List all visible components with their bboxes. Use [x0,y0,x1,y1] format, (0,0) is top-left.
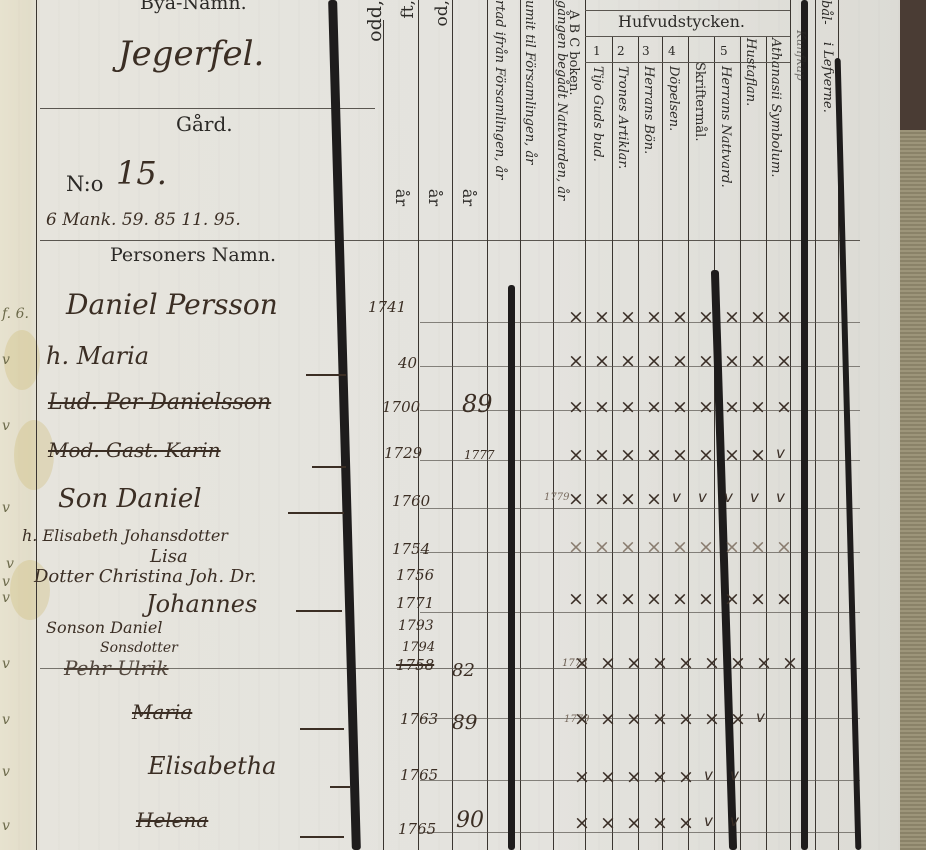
person-name: Maria [132,700,192,724]
rule [40,108,375,109]
moved-out-year: 90 [456,808,484,833]
catechism-mark: × [646,588,662,610]
catechism-mark: × [594,488,610,510]
catechism-mark: × [750,306,766,328]
catechism-mark: × [568,588,584,610]
margin-mark: v [2,764,10,780]
birth-year: 1771 [396,594,434,612]
person-name: Sonson Daniel [46,618,163,637]
birth-year: 1765 [398,820,436,838]
section-number: 5 [720,44,728,58]
catechism-mark: × [698,536,714,558]
row-rule [420,552,860,553]
catechism-mark: × [704,708,720,730]
catechism-mark: v [730,812,739,830]
catechism-mark: × [574,766,590,788]
person-name: Mod. Gast. Karin [48,438,221,462]
person-name: Johannes [146,590,257,618]
farm-label: Gård. [176,112,233,136]
catechism-mark: v [756,708,765,726]
catechism-mark: × [568,396,584,418]
catechism-mark: × [776,588,792,610]
birth-year: 1754 [392,540,430,558]
conduct-header: i Lefverne. [820,42,835,113]
catechism-mark: × [568,306,584,328]
catechism-mark: × [698,444,714,466]
catechism-mark: × [652,812,668,834]
catechism-mark: × [672,536,688,558]
catechism-mark: × [698,588,714,610]
sub-column-header: Herrans Nattvard. [718,66,733,188]
mantal-note: 6 Mank. 59. 85 11. 95. [46,210,241,230]
ink-divider-line [328,0,361,850]
person-name: h. Elisabeth Johansdotter [22,526,228,545]
abc-book-header: A B C boken. [566,10,581,96]
person-name: Dotter Christina Joh. Dr. [34,566,257,587]
catechism-mark: × [594,396,610,418]
sub-column-header: Herrans Bön. [641,66,656,154]
year-unit: år [425,189,444,206]
rule [585,10,790,11]
village-label: Bya-Namn. [140,0,247,14]
birth-year: 1758 [396,656,434,674]
person-name: Elisabetha [148,752,276,780]
person-name: Lud. Per Danielsson [48,390,271,415]
catechism-mark: × [568,488,584,510]
margin-mark: v [2,656,10,672]
filler-dash [312,466,346,468]
margin-mark: v [2,418,10,434]
catechism-mark: × [724,588,740,610]
margin-mark: v [2,590,10,606]
catechism-mark: × [594,444,610,466]
knowledge-header: Kunfkap [794,30,808,81]
birth-year: 40 [398,354,417,372]
catechism-mark: × [652,708,668,730]
binding-cover-edge [900,0,926,130]
catechism-mark: × [574,812,590,834]
person-name: Lisa [150,546,188,567]
sub-column-header: Athanasii Symbolum. [768,38,783,177]
catechism-mark: × [646,488,662,510]
village-value: Jegerfel. [118,34,264,74]
catechism-mark: × [750,588,766,610]
catechism-mark: × [646,444,662,466]
catechism-mark: × [730,652,746,674]
catechism-mark: × [620,306,636,328]
birth-year: 1756 [396,566,434,584]
row-rule [420,322,860,323]
col-rule [815,0,816,850]
catechism-mark: × [724,306,740,328]
birth-year: 1793 [398,618,434,634]
catechism-mark: × [646,306,662,328]
catechism-mark: × [568,350,584,372]
section-number: 4 [668,44,676,58]
person-name: Sonsdotter [100,640,178,656]
catechism-mark: × [600,812,616,834]
moved-out-year: 89 [462,390,493,418]
catechism-mark: × [776,396,792,418]
catechism-mark: × [594,588,610,610]
birth-year: 1763 [400,710,438,728]
birth-year: 1760 [392,492,430,510]
catechism-mark: × [672,588,688,610]
catechism-mark: × [756,652,772,674]
column-header: ft, [398,0,418,19]
catechism-mark: × [698,396,714,418]
hufvudstycken-header: Hufvudstycken. [618,12,745,31]
catechism-mark: × [646,536,662,558]
birth-year: 1794 [402,640,435,655]
catechism-mark: × [652,766,668,788]
row-rule [420,612,860,613]
catechism-mark: × [620,588,636,610]
catechism-mark: × [724,350,740,372]
rule [585,62,790,63]
person-name: Daniel Persson [66,288,278,321]
catechism-mark: × [678,708,694,730]
catechism-mark: × [620,444,636,466]
catechism-mark: × [626,812,642,834]
catechism-mark: × [724,536,740,558]
catechism-mark: × [724,444,740,466]
catechism-mark: × [698,350,714,372]
catechism-mark: × [782,652,798,674]
catechism-mark: v [776,444,785,462]
margin-mark: v [2,352,10,368]
sub-column-header: Döpelsen. [666,66,681,131]
moved-in-header: umit til Församlingen, år [522,0,537,164]
catechism-mark: v [724,488,733,506]
number-label: N:o [66,172,103,196]
person-name: Helena [136,808,208,832]
catechism-mark: v [672,488,681,506]
birth-year: 1765 [400,766,438,784]
register-page: Bya-Namn. Jegerfel. Gård. N:o 15. 6 Mank… [0,0,905,850]
filler-dash [300,728,344,730]
column-header: bål- [818,0,833,25]
col-rule [520,0,521,850]
filler-dash [300,836,344,838]
catechism-mark: × [626,766,642,788]
birth-year: 1741 [368,298,406,316]
catechism-mark: × [776,536,792,558]
moved-out-header: rtad ifrån Församlingen, år [492,0,507,180]
section-number: 3 [642,44,650,58]
catechism-mark: × [568,536,584,558]
sub-column-header: Tijo Guds bud. [590,66,605,162]
catechism-mark: × [672,306,688,328]
catechism-mark: × [574,652,590,674]
margin-rule [36,0,37,850]
year-unit: år [459,189,478,206]
catechism-mark: v [704,766,713,784]
catechism-mark: × [698,306,714,328]
col-rule [766,36,767,850]
catechism-mark: × [750,396,766,418]
catechism-mark: × [620,536,636,558]
year-unit: år [392,189,411,206]
catechism-mark: × [750,350,766,372]
catechism-mark: × [620,350,636,372]
rule [40,240,860,241]
margin-mark: f. 6. [2,306,29,322]
margin-mark: v [2,500,10,516]
catechism-mark: v [776,488,785,506]
catechism-mark: × [724,396,740,418]
catechism-mark: × [672,350,688,372]
col-rule [383,20,384,850]
catechism-mark: × [600,652,616,674]
moved-out-year: 1777 [464,448,495,462]
sub-column-header: Hustaflan. [743,38,758,106]
sub-column-header: Trones Artiklar. [615,66,630,169]
catechism-mark: × [750,444,766,466]
catechism-mark: × [620,396,636,418]
catechism-mark: × [626,708,642,730]
col-rule [790,0,791,850]
birth-year: 1729 [384,444,422,462]
filler-dash [330,786,350,788]
row-rule [420,366,860,367]
catechism-mark: × [620,488,636,510]
catechism-mark: × [704,652,720,674]
catechism-mark: × [678,766,694,788]
catechism-mark: × [730,708,746,730]
catechism-mark: × [594,350,610,372]
margin-mark: v [6,556,14,572]
rule [585,36,790,37]
filler-dash [306,374,346,376]
ink-divider-line [801,0,808,850]
catechism-mark: × [574,708,590,730]
catechism-mark: × [568,444,584,466]
column-header: od, [432,0,452,27]
catechism-mark: × [646,350,662,372]
catechism-mark: × [678,652,694,674]
number-value: 15. [116,154,167,192]
persons-label: Personers Namn. [110,244,276,266]
catechism-mark: × [776,350,792,372]
section-number: 2 [617,44,625,58]
person-name: Son Daniel [58,484,202,514]
row-rule [420,508,860,509]
sub-column-header: Skriftermål. [692,62,707,141]
catechism-mark: × [672,444,688,466]
birth-column-header: odd, [364,0,386,42]
birth-year: 1700 [382,398,420,416]
catechism-mark: × [652,652,668,674]
margin-mark: v [2,818,10,834]
catechism-mark: × [600,766,616,788]
person-name: Pehr Ulrik [64,656,169,680]
section-number: 1 [593,44,601,58]
catechism-mark: × [626,652,642,674]
catechism-mark: × [600,708,616,730]
catechism-mark: v [698,488,707,506]
moved-out-year: 89 [452,710,477,734]
filler-dash [296,610,342,612]
catechism-mark: × [646,396,662,418]
catechism-mark: × [594,536,610,558]
margin-mark: v [2,712,10,728]
catechism-mark: × [678,812,694,834]
moved-out-year: 82 [452,660,475,681]
catechism-mark: × [776,306,792,328]
catechism-mark: × [672,396,688,418]
person-name: h. Maria [46,342,149,370]
ink-divider-line [508,285,515,850]
catechism-mark: × [594,306,610,328]
filler-dash [288,512,344,514]
margin-mark: v [2,574,10,590]
catechism-mark: v [704,812,713,830]
catechism-mark: v [730,766,739,784]
catechism-mark: × [750,536,766,558]
catechism-mark: v [750,488,759,506]
col-rule [487,0,488,850]
communion-year: 1779 [544,492,569,503]
